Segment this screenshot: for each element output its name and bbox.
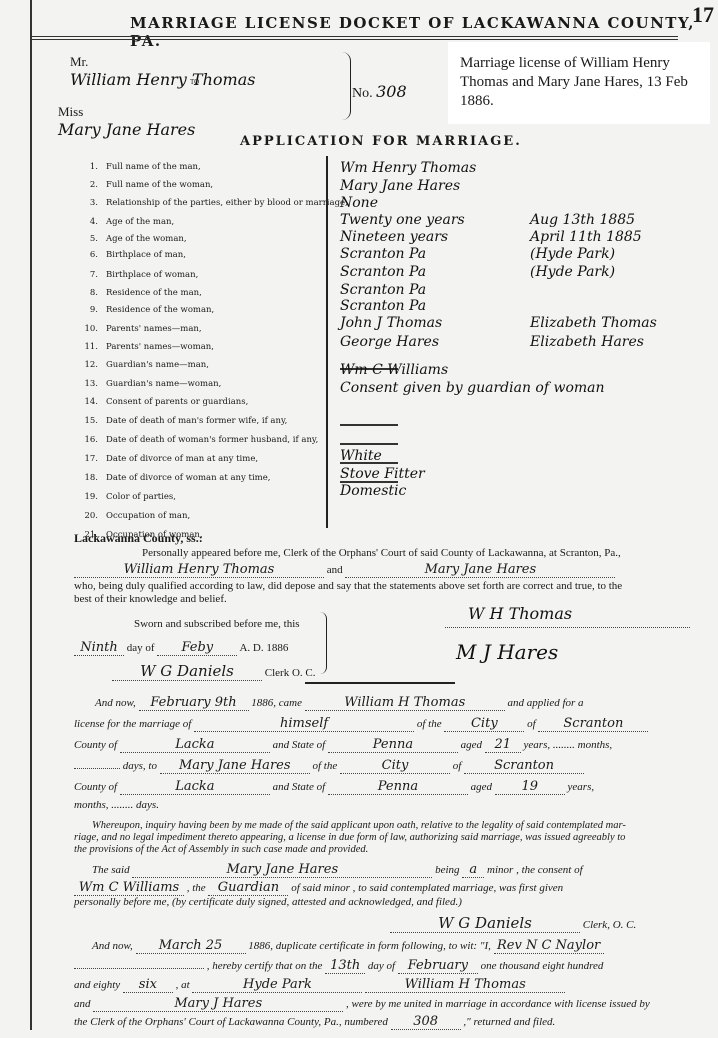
man-city-type: City (444, 716, 524, 732)
of-label: of (527, 718, 536, 730)
of-label-2: of (453, 760, 462, 772)
answer-value: White (340, 448, 382, 464)
question-row: 7.Birthplace of woman, (76, 270, 198, 280)
question-row: 14.Consent of parents or guardians, (76, 397, 248, 407)
license-line6: months, ........ days. (74, 799, 159, 811)
mr-line: Mr. William Henry Thomas (70, 54, 255, 89)
question-label: Parents' names—woman, (106, 342, 214, 352)
cert-date: March 25 (136, 938, 246, 954)
license-applicant: William H Thomas (305, 695, 505, 711)
thousand-label: one thousand eight hundred (481, 960, 604, 972)
question-row: 10.Parents' names—man, (76, 324, 202, 334)
certificate-line4: and Mary J Hares , were by me united in … (74, 996, 650, 1012)
cert-day-of: day of (368, 960, 395, 972)
answer-secondary: Aug 13th 1885 (530, 212, 635, 228)
clerk-signature-line: W G Daniels Clerk O. C. (112, 662, 315, 681)
signature-woman: M J Hares (456, 640, 558, 664)
answer-value: Nineteen years (340, 229, 448, 245)
separator (305, 682, 455, 684)
sworn-month: Feby (157, 640, 237, 656)
answer-secondary: April 11th 1885 (530, 229, 642, 245)
cert-place: Hyde Park (192, 977, 362, 993)
certificate-line1: And now, March 25 1886, duplicate certif… (92, 938, 604, 954)
question-number: 19. (76, 492, 98, 502)
question-number: 10. (76, 324, 98, 334)
question-number: 6. (76, 250, 98, 260)
application-title: APPLICATION FOR MARRIAGE. (240, 134, 522, 149)
clerk-label: Clerk O. C. (265, 667, 316, 679)
consent-of-label: , the consent of (516, 864, 583, 876)
question-label: Age of the man, (106, 217, 174, 227)
certificate-line5: the Clerk of the Orphans' Court of Lacka… (74, 1014, 555, 1030)
were-united-label: , were by me united in marriage in accor… (346, 998, 650, 1010)
bride-name: Mary Jane Hares (58, 120, 195, 139)
mr-label: Mr. (70, 54, 88, 69)
question-label: Age of the woman, (106, 234, 187, 244)
question-row: 16.Date of death of woman's former husba… (76, 435, 318, 445)
clerk-oc-signature-line: W G Daniels Clerk, O. C. (390, 914, 636, 933)
cert-and: and (74, 998, 91, 1010)
aged-label: aged (461, 739, 482, 751)
license-line2: license for the marriage of himself of t… (74, 716, 648, 732)
question-row: 6.Birthplace of man, (76, 250, 186, 260)
days-to-label: days, to (123, 760, 157, 772)
the-label: , the (187, 882, 206, 894)
question-number: 15. (76, 416, 98, 426)
man-county: Lacka (120, 737, 270, 753)
question-label: Consent of parents or guardians, (106, 397, 248, 407)
cert-year-text: 1886, duplicate certificate in form foll… (248, 940, 491, 952)
question-number: 1. (76, 162, 98, 172)
woman-state: Penna (328, 779, 468, 795)
answer-secondary: Elizabeth Thomas (530, 315, 657, 331)
answer-value: Consent given by guardian of woman (340, 380, 605, 396)
question-number: 18. (76, 473, 98, 483)
affiant-woman: Mary Jane Hares (345, 562, 615, 578)
and-word: and (327, 564, 343, 576)
woman-city-type: City (340, 758, 450, 774)
cert-officiant: Rev N C Naylor (494, 938, 604, 954)
license-date: February 9th (139, 695, 249, 711)
cert-and-now: And now, (92, 940, 133, 952)
certificate-line3: and eighty six , at Hyde Park William H … (74, 977, 565, 993)
answer-blank-dash (340, 443, 398, 445)
state-of-label-2: and State of (273, 781, 326, 793)
question-label: Residence of the man, (106, 288, 202, 298)
of-the-label-2: of the (312, 760, 337, 772)
to-label: TO (190, 78, 199, 86)
question-label: Birthplace of woman, (106, 270, 198, 280)
aged-label-2: aged (471, 781, 492, 793)
years-label: years, (568, 781, 595, 793)
question-label: Guardian's name—man, (106, 360, 209, 370)
question-label: Full name of the man, (106, 162, 201, 172)
woman-name: Mary Jane Hares (160, 758, 310, 774)
and-now-label: And now, (95, 697, 136, 709)
sworn-text: Sworn and subscribed before me, this (134, 618, 300, 630)
signature-man: W H Thomas (468, 604, 572, 623)
question-row: 1.Full name of the man, (76, 162, 201, 172)
header-rule-2 (30, 39, 678, 40)
answer-value: Scranton Pa (340, 282, 426, 298)
clerk-signature: W G Daniels (112, 662, 262, 681)
guardian-relation: Guardian (208, 880, 288, 896)
answer-value: Stove Fitter (340, 466, 425, 482)
license-line3: County of Lacka and State of Penna aged … (74, 737, 612, 753)
question-label: Relationship of the parties, either by b… (106, 198, 348, 208)
certificate-line2: , hereby certify that on the 13th day of… (74, 958, 603, 974)
question-row: 4.Age of the man, (76, 217, 174, 227)
question-row: 8.Residence of the man, (76, 288, 202, 298)
minor-line: The said Mary Jane Hares being a minor ,… (92, 862, 583, 878)
question-label: Birthplace of man, (106, 250, 186, 260)
question-row: 13.Guardian's name—woman, (76, 379, 221, 389)
license-line4: days, to Mary Jane Hares of the City of … (74, 758, 584, 774)
question-label: Full name of the woman, (106, 180, 213, 190)
question-label: Date of divorce of woman at any time, (106, 473, 270, 483)
miss-line: Miss Mary Jane Hares (58, 104, 195, 139)
answer-value: Mary Jane Hares (340, 178, 460, 194)
question-label: Residence of the woman, (106, 305, 214, 315)
minor-name: Mary Jane Hares (132, 862, 432, 878)
question-row: 11.Parents' names—woman, (76, 342, 214, 352)
of-the-label: of the (417, 718, 442, 730)
number-value: 308 (376, 82, 407, 101)
sworn-day: Ninth (74, 640, 124, 656)
signature-man-line (445, 626, 690, 628)
cert-number: 308 (391, 1014, 461, 1030)
woman-age: 19 (495, 779, 565, 795)
of-said-label: of said minor (291, 882, 350, 894)
cert-day: 13th (325, 958, 365, 974)
whereupon-line2: riage, and no legal impediment thereto a… (74, 832, 625, 843)
affidavit-line3: who, being duly qualified according to l… (74, 580, 622, 592)
caption-box: Marriage license of William Henry Thomas… (448, 42, 710, 124)
question-number: 17. (76, 454, 98, 464)
a-value: a (462, 862, 484, 878)
question-number: 7. (76, 270, 98, 280)
question-number: 9. (76, 305, 98, 315)
day-of-label: day of (127, 642, 155, 654)
cert-bride: Mary J Hares (93, 996, 343, 1012)
clerk-oc-label: Clerk, O. C. (583, 919, 636, 931)
license-line5: County of Lacka and State of Penna aged … (74, 779, 594, 795)
question-row: 20.Occupation of man, (76, 511, 190, 521)
question-row: 2.Full name of the woman, (76, 180, 213, 190)
question-row: 5.Age of the woman, (76, 234, 187, 244)
question-row: 12.Guardian's name—man, (76, 360, 209, 370)
left-margin-rule (30, 0, 32, 1030)
woman-county: Lacka (120, 779, 270, 795)
affidavit-names: William Henry Thomas and Mary Jane Hares (74, 562, 615, 578)
man-state: Penna (328, 737, 458, 753)
question-number: 3. (76, 198, 98, 208)
question-number: 12. (76, 360, 98, 370)
man-age: 21 (485, 737, 521, 753)
answer-value: Scranton Pa (340, 264, 426, 280)
groom-name: William Henry Thomas (70, 70, 255, 89)
miss-label: Miss (58, 104, 83, 119)
cert-year-word: six (123, 977, 173, 993)
question-number: 2. (76, 180, 98, 190)
sworn-date: Ninth day of Feby A. D. 1886 (74, 640, 288, 656)
cert-clerk-line: the Clerk of the Orphans' Court of Lacka… (74, 1016, 388, 1028)
answer-secondary: (Hyde Park) (530, 246, 615, 262)
license-for-label: license for the marriage of (74, 718, 191, 730)
and-eighty-label: and eighty (74, 979, 120, 991)
returned-label: ," returned and filed. (463, 1016, 555, 1028)
answer-value: None (340, 195, 378, 211)
question-number: 20. (76, 511, 98, 521)
personally-line: personally before me, (by certificate du… (74, 896, 462, 908)
answer-value: Twenty one years (340, 212, 465, 228)
question-number: 4. (76, 217, 98, 227)
question-label: Occupation of man, (106, 511, 190, 521)
clerk-oc-signature: W G Daniels (390, 914, 580, 933)
license-line1: And now, February 9th 1886, came William… (95, 695, 584, 711)
the-said-label: The said (92, 864, 130, 876)
question-number: 11. (76, 342, 98, 352)
answer-value: Domestic (340, 483, 406, 499)
question-number: 14. (76, 397, 98, 407)
question-label: Date of death of woman's former husband,… (106, 435, 318, 445)
hereby-label: , hereby certify that on the (207, 960, 323, 972)
county-heading: Lackawanna County, ss.: (74, 531, 203, 546)
question-row: 19.Color of parties, (76, 492, 176, 502)
whereupon-line1: Whereupon, inquiry having been by me mad… (92, 820, 626, 831)
brace (342, 52, 351, 120)
guardian-line: Wm C Williams , the Guardian of said min… (74, 880, 563, 896)
license-year: 1886, came (251, 697, 302, 709)
cert-month: February (398, 958, 478, 974)
county-of-label-2: County of (74, 781, 117, 793)
affiant-man: William Henry Thomas (74, 562, 324, 578)
answer-secondary: (Hyde Park) (530, 264, 615, 280)
sworn-brace (320, 612, 327, 674)
man-place: Scranton (538, 716, 648, 732)
answer-value: Wm Henry Thomas (340, 160, 476, 176)
answer-column-rule (326, 156, 328, 528)
question-row: 9.Residence of the woman, (76, 305, 214, 315)
answer-value: Wm C Williams (340, 362, 448, 378)
question-label: Date of divorce of man at any time, (106, 454, 258, 464)
number-label: No. (352, 86, 373, 101)
contemplated-label: , to said contemplated marriage, was fir… (353, 882, 564, 894)
license-himself: himself (194, 716, 414, 732)
answer-blank-dash (340, 424, 398, 426)
answer-value: Scranton Pa (340, 246, 426, 262)
affidavit-line1: Personally appeared before me, Clerk of … (142, 547, 621, 559)
license-number: No. 308 (352, 82, 407, 102)
question-number: 5. (76, 234, 98, 244)
question-label: Date of death of man's former wife, if a… (106, 416, 287, 426)
guardian-name: Wm C Williams (74, 880, 184, 896)
cert-groom: William H Thomas (365, 977, 565, 993)
question-label: Parents' names—man, (106, 324, 202, 334)
county-of-label: County of (74, 739, 117, 751)
being-label: being (435, 864, 459, 876)
at-label: , at (176, 979, 190, 991)
years-months-label: years, ........ months, (524, 739, 613, 751)
question-label: Color of parties, (106, 492, 176, 502)
docket-page: 17 Marriage License Docket of Lackawanna… (0, 0, 718, 1038)
woman-place: Scranton (464, 758, 584, 774)
answer-secondary: Elizabeth Hares (530, 334, 644, 350)
answer-value: Scranton Pa (340, 298, 426, 314)
header-rule (30, 36, 678, 37)
state-of-label: and State of (273, 739, 326, 751)
question-number: 8. (76, 288, 98, 298)
question-row: 15.Date of death of man's former wife, i… (76, 416, 287, 426)
affidavit-line4: best of their knowledge and belief. (74, 593, 227, 605)
minor-label: minor (487, 864, 513, 876)
answer-value: George Hares (340, 334, 439, 350)
applied-label: and applied for a (507, 697, 583, 709)
question-label: Guardian's name—woman, (106, 379, 221, 389)
question-number: 13. (76, 379, 98, 389)
question-row: 18.Date of divorce of woman at any time, (76, 473, 270, 483)
question-number: 16. (76, 435, 98, 445)
answer-value: John J Thomas (340, 315, 442, 331)
whereupon-line3: the provisions of the Act of Assembly in… (74, 844, 368, 855)
ad-year: A. D. 1886 (239, 642, 288, 654)
question-row: 3.Relationship of the parties, either by… (76, 198, 348, 208)
question-row: 17.Date of divorce of man at any time, (76, 454, 258, 464)
